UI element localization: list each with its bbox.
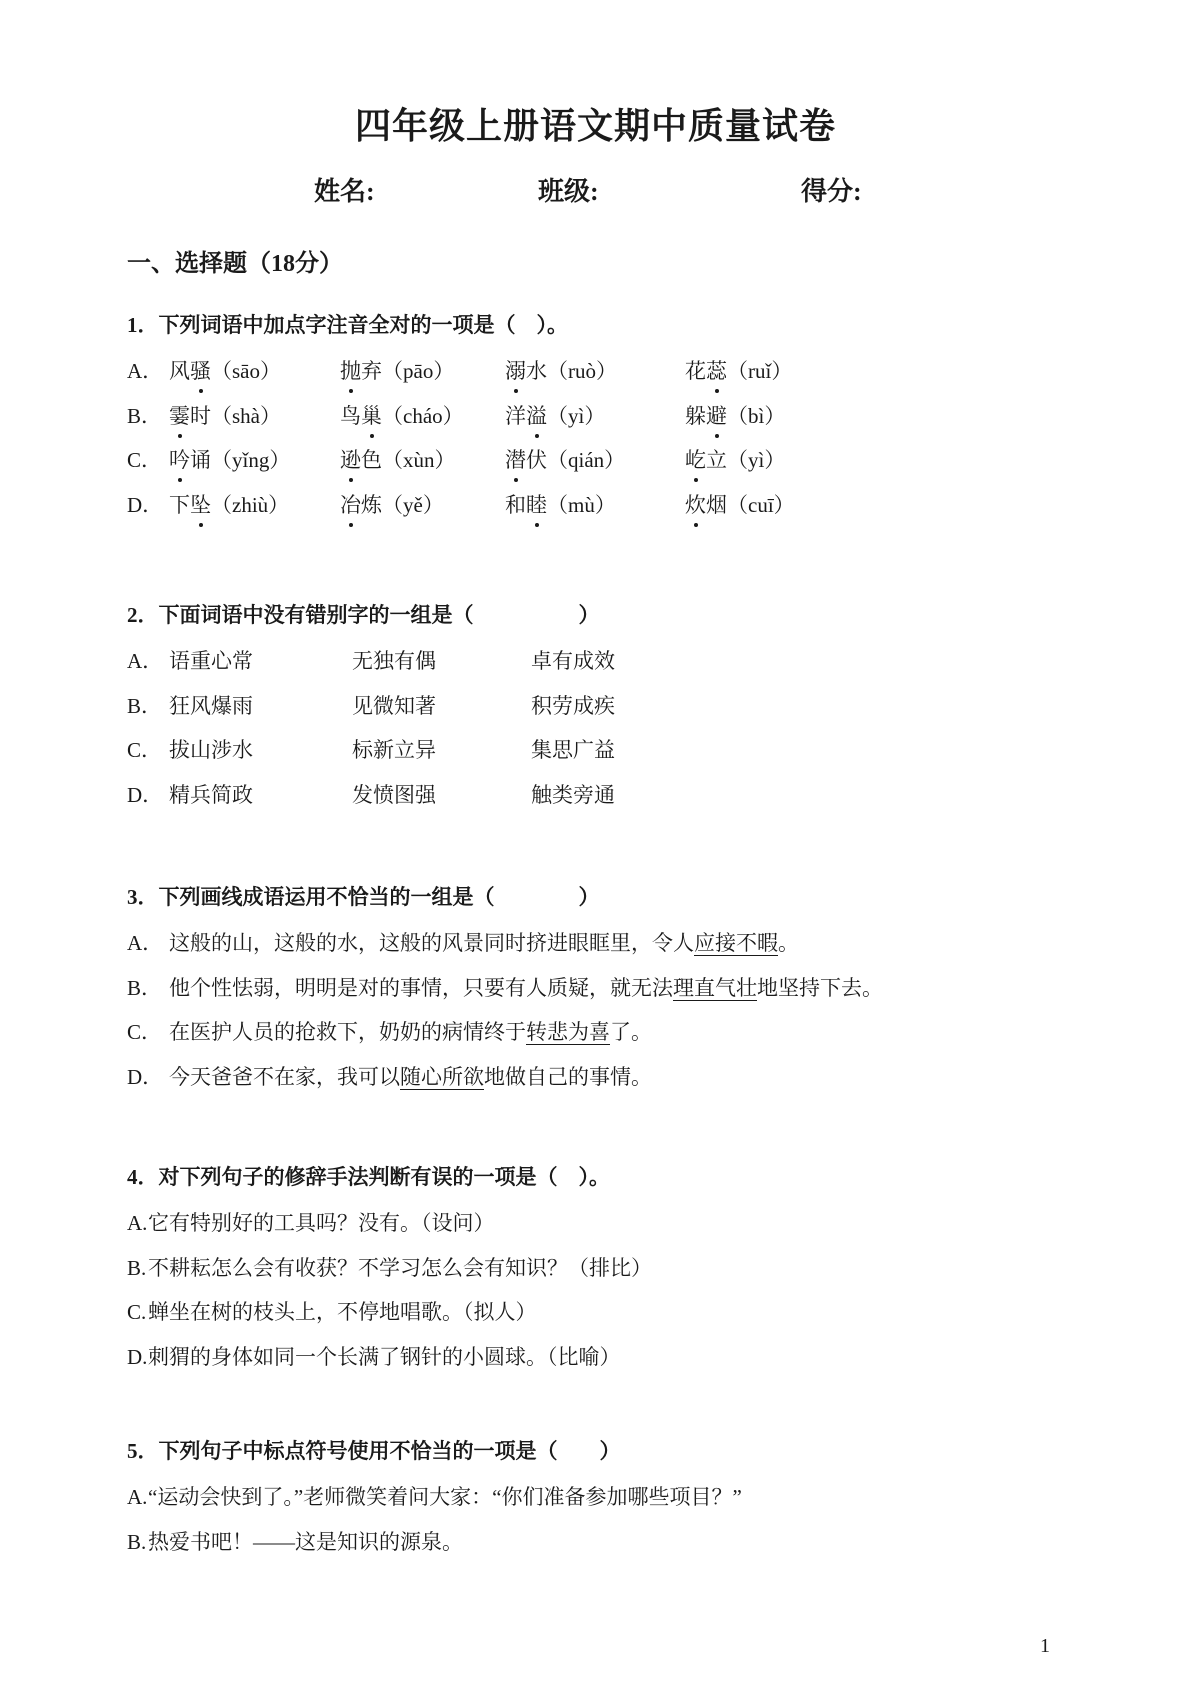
pinyin: （cuī） <box>727 493 795 517</box>
dotted-character: 坠 <box>190 492 211 519</box>
word-item: 标新立异 <box>352 737 531 764</box>
text-segment: 躲 <box>685 404 706 428</box>
option-label: A. <box>127 1484 148 1511</box>
pinyin: （yě） <box>382 493 444 517</box>
word-with-pinyin: 溺水（ruò） <box>505 358 685 385</box>
option-label: B． <box>127 693 169 720</box>
word-item: 集思广益 <box>531 737 615 764</box>
dotted-character: 溺 <box>505 358 526 385</box>
word-with-pinyin: 鸟巢（cháo） <box>340 403 505 430</box>
question-3-option-B: B．他个性怯弱，明明是对的事情，只要有人质疑，就无法理直气壮地坚持下去。 <box>127 975 1131 1002</box>
word-with-pinyin: 霎时（shà） <box>169 403 340 430</box>
question-2-option-D: D．精兵简政发愤图强触类旁通 <box>127 782 1131 809</box>
dotted-character: 避 <box>706 403 727 430</box>
pinyin: （qián） <box>547 448 625 472</box>
pinyin: （mù） <box>547 493 616 517</box>
question-1-option-D: D．下坠（zhiù）冶炼（yě）和睦（mù）炊烟（cuī） <box>127 492 1131 519</box>
option-text: “运动会快到了。”老师微笑着问大家：“你们准备参加哪些项目？” <box>148 1485 742 1509</box>
option-label: C． <box>127 447 169 474</box>
dotted-character: 溢 <box>526 403 547 430</box>
word-with-pinyin: 躲避（bì） <box>685 403 785 430</box>
exam-title: 四年级上册语文期中质量试卷 <box>0 104 1191 149</box>
question-4-option-A: A.它有特别好的工具吗？没有。（设问） <box>127 1210 1131 1237</box>
option-label: B. <box>127 1529 148 1556</box>
pinyin: （yǐng） <box>211 448 290 472</box>
word-item: 精兵简政 <box>169 782 352 809</box>
question-3-option-C: C．在医护人员的抢救下，奶奶的病情终于转悲为喜了。 <box>127 1019 1131 1046</box>
option-label: B． <box>127 975 169 1002</box>
text-segment: 水 <box>526 359 547 383</box>
word-with-pinyin: 抛弃（pāo） <box>340 358 505 385</box>
pinyin: （sāo） <box>211 359 281 383</box>
text-segment: 风 <box>169 359 190 383</box>
dotted-character: 巢 <box>361 403 382 430</box>
underlined-idiom: 理直气壮 <box>673 976 757 1000</box>
text-segment: 了。 <box>610 1020 652 1044</box>
word-with-pinyin: 冶炼（yě） <box>340 492 505 519</box>
option-label: C. <box>127 1299 148 1326</box>
question-2-option-A: A．语重心常无独有偶卓有成效 <box>127 648 1131 675</box>
option-label: D. <box>127 1344 148 1371</box>
word-item: 无独有偶 <box>352 648 531 675</box>
dotted-character: 蕊 <box>706 358 727 385</box>
option-label: C． <box>127 1019 169 1046</box>
exam-page: 四年级上册语文期中质量试卷 姓名: 班级: 得分: 一、选择题（18分） 1．下… <box>0 0 1191 1684</box>
text-segment: 鸟 <box>340 404 361 428</box>
word-item: 触类旁通 <box>531 782 615 809</box>
pinyin: （ruǐ） <box>727 359 792 383</box>
question-5-option-B: B.热爱书吧！——这是知识的源泉。 <box>127 1529 1131 1556</box>
text-segment: 和 <box>505 493 526 517</box>
text-segment: 花 <box>685 359 706 383</box>
text-segment: 诵 <box>190 448 211 472</box>
word-item: 卓有成效 <box>531 648 615 675</box>
option-label: C． <box>127 737 169 764</box>
word-item: 发愤图强 <box>352 782 531 809</box>
text-segment: 地坚持下去。 <box>757 976 883 1000</box>
question-1-option-A: A．风骚（sāo）抛弃（pāo）溺水（ruò）花蕊（ruǐ） <box>127 358 1131 385</box>
class-label: 班级: <box>538 176 599 207</box>
word-with-pinyin: 下坠（zhiù） <box>169 492 340 519</box>
option-label: A. <box>127 1210 148 1237</box>
question-1-option-C: C．吟诵（yǐng）逊色（xùn）潜伏（qián）屹立（yì） <box>127 447 1131 474</box>
student-info-row: 姓名: 班级: 得分: <box>0 176 1191 216</box>
question-4-option-C: C.蝉坐在树的枝头上，不停地唱歌。（拟人） <box>127 1299 1131 1326</box>
option-text: 蝉坐在树的枝头上，不停地唱歌。（拟人） <box>148 1300 537 1324</box>
question-3-heading: 3．下列画线成语运用不恰当的一组是（ ） <box>127 884 1131 911</box>
question-3-option-D: D．今天爸爸不在家，我可以随心所欲地做自己的事情。 <box>127 1064 1131 1091</box>
dotted-character: 骚 <box>190 358 211 385</box>
word-with-pinyin: 潜伏（qián） <box>505 447 685 474</box>
text-segment: 烟 <box>706 493 727 517</box>
question-1-option-B: B．霎时（shà）鸟巢（cháo）洋溢（yì）躲避（bì） <box>127 403 1131 430</box>
text-segment: 地做自己的事情。 <box>484 1065 652 1089</box>
word-with-pinyin: 洋溢（yì） <box>505 403 685 430</box>
text-segment: 伏 <box>526 448 547 472</box>
word-item: 积劳成疾 <box>531 693 615 720</box>
pinyin: （bì） <box>727 404 785 428</box>
question-4-option-B: B.不耕耘怎么会有收获？不学习怎么会有知识？（排比） <box>127 1255 1131 1282</box>
dotted-character: 吟 <box>169 447 190 474</box>
name-label: 姓名: <box>314 176 375 207</box>
page-number: 1 <box>1040 1634 1050 1658</box>
question-5-option-A: A.“运动会快到了。”老师微笑着问大家：“你们准备参加哪些项目？” <box>127 1484 1131 1511</box>
underlined-idiom: 随心所欲 <box>400 1065 484 1089</box>
dotted-character: 睦 <box>526 492 547 519</box>
text-segment: 立 <box>706 448 727 472</box>
option-label: A． <box>127 648 169 675</box>
pinyin: （cháo） <box>382 404 464 428</box>
question-1-heading: 1．下列词语中加点字注音全对的一项是（ ）。 <box>127 312 1131 339</box>
dotted-character: 潜 <box>505 447 526 474</box>
option-text: 刺猬的身体如同一个长满了钢针的小圆球。（比喻） <box>148 1345 621 1369</box>
question-2-heading: 2．下面词语中没有错别字的一组是（ ） <box>127 602 1131 629</box>
option-label: B. <box>127 1255 148 1282</box>
text-segment: 这般的山，这般的水，这般的风景同时挤进眼眶里，令人 <box>169 931 694 955</box>
option-text: 热爱书吧！——这是知识的源泉。 <box>148 1530 463 1554</box>
option-label: A． <box>127 358 169 385</box>
option-label: D． <box>127 492 169 519</box>
text-segment: 今天爸爸不在家，我可以 <box>169 1065 400 1089</box>
text-segment: 在医护人员的抢救下，奶奶的病情终于 <box>169 1020 526 1044</box>
text-segment: 弃 <box>361 359 382 383</box>
text-segment: 他个性怯弱，明明是对的事情，只要有人质疑，就无法 <box>169 976 673 1000</box>
word-with-pinyin: 屹立（yì） <box>685 447 785 474</box>
dotted-character: 炊 <box>685 492 706 519</box>
dotted-character: 屹 <box>685 447 706 474</box>
word-with-pinyin: 炊烟（cuī） <box>685 492 795 519</box>
word-item: 语重心常 <box>169 648 352 675</box>
question-5-heading: 5．下列句子中标点符号使用不恰当的一项是（ ） <box>127 1438 1131 1465</box>
dotted-character: 抛 <box>340 358 361 385</box>
underlined-idiom: 应接不暇 <box>694 931 778 955</box>
word-item: 拔山涉水 <box>169 737 352 764</box>
pinyin: （zhiù） <box>211 493 289 517</box>
text-segment: 下 <box>169 493 190 517</box>
option-text: 不耕耘怎么会有收获？不学习怎么会有知识？（排比） <box>148 1256 652 1280</box>
text-segment: 洋 <box>505 404 526 428</box>
text-segment: 炼 <box>361 493 382 517</box>
question-2-option-B: B．狂风爆雨见微知著积劳成疾 <box>127 693 1131 720</box>
dotted-character: 霎 <box>169 403 190 430</box>
score-label: 得分: <box>801 176 862 207</box>
question-2-option-C: C．拔山涉水标新立异集思广益 <box>127 737 1131 764</box>
word-item: 见微知著 <box>352 693 531 720</box>
text-segment: 时 <box>190 404 211 428</box>
question-3-option-A: A．这般的山，这般的水，这般的风景同时挤进眼眶里，令人应接不暇。 <box>127 930 1131 957</box>
dotted-character: 逊 <box>340 447 361 474</box>
pinyin: （shà） <box>211 404 281 428</box>
text-segment: 。 <box>778 931 799 955</box>
pinyin: （yì） <box>547 404 605 428</box>
option-label: A． <box>127 930 169 957</box>
option-text: 它有特别好的工具吗？没有。（设问） <box>148 1211 495 1235</box>
pinyin: （pāo） <box>382 359 454 383</box>
question-4-heading: 4．对下列句子的修辞手法判断有误的一项是（ ）。 <box>127 1164 1131 1191</box>
word-with-pinyin: 风骚（sāo） <box>169 358 340 385</box>
word-with-pinyin: 和睦（mù） <box>505 492 685 519</box>
option-label: D． <box>127 782 169 809</box>
text-segment: 色 <box>361 448 382 472</box>
word-with-pinyin: 吟诵（yǐng） <box>169 447 340 474</box>
option-label: B． <box>127 403 169 430</box>
word-with-pinyin: 花蕊（ruǐ） <box>685 358 792 385</box>
dotted-character: 冶 <box>340 492 361 519</box>
word-with-pinyin: 逊色（xùn） <box>340 447 505 474</box>
section-heading: 一、选择题（18分） <box>127 250 1131 279</box>
option-label: D． <box>127 1064 169 1091</box>
word-item: 狂风爆雨 <box>169 693 352 720</box>
pinyin: （yì） <box>727 448 785 472</box>
underlined-idiom: 转悲为喜 <box>526 1020 610 1044</box>
question-4-option-D: D.刺猬的身体如同一个长满了钢针的小圆球。（比喻） <box>127 1344 1131 1371</box>
pinyin: （ruò） <box>547 359 617 383</box>
pinyin: （xùn） <box>382 448 456 472</box>
